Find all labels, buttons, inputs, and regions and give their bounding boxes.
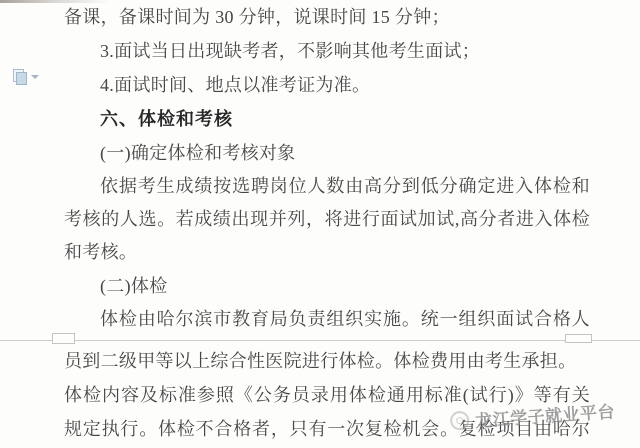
clipboard-page-icon xyxy=(16,72,27,85)
text-line: 4.面试时间、地点以准考证为准。 xyxy=(64,72,590,98)
text-line: 员到二级甲等以上综合性医院进行体检。体检费用由考生承担。 xyxy=(64,348,590,374)
text-line: (二)体检 xyxy=(64,273,590,299)
page-margin-marker-left xyxy=(52,333,75,344)
text-line: 备课，备课时间为 30 分钟，说课时间 15 分钟； xyxy=(64,4,590,30)
text-line: 考核的人选。若成绩出现并列，将进行面试加试,高分者进入体检 xyxy=(64,206,590,232)
text-line: 和考核。 xyxy=(64,239,590,265)
text-line: 体检由哈尔滨市教育局负责组织实施。统一组织面试合格人 xyxy=(64,306,590,332)
platform-logo-icon xyxy=(450,410,470,430)
document-viewer-page: 备课，备课时间为 30 分钟，说课时间 15 分钟；3.面试当日出现缺考者，不影… xyxy=(0,0,640,448)
page-margin-marker-right xyxy=(565,334,592,343)
chevron-down-icon xyxy=(31,75,39,79)
text-line: 依据考生成绩按选聘岗位人数由高分到低分确定进入体检和 xyxy=(64,173,590,199)
page-break-line xyxy=(0,340,640,341)
scan-artifact xyxy=(0,0,110,3)
text-line: 3.面试当日出现缺考者，不影响其他考生面试； xyxy=(64,38,590,64)
section-heading: 六、体检和考核 xyxy=(64,106,590,132)
text-line: (一)确定体检和考核对象 xyxy=(64,140,590,166)
paste-options-button[interactable] xyxy=(12,67,40,87)
